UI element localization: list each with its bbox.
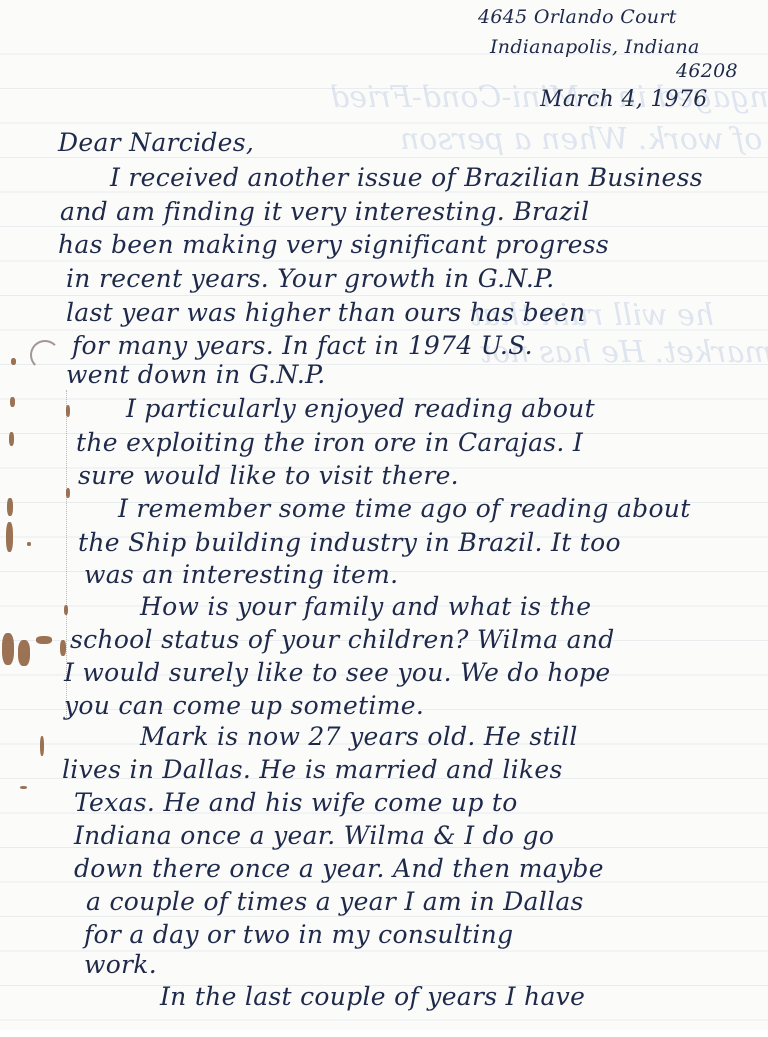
body-line: a couple of times a year I am in Dallas (86, 887, 584, 916)
salutation: Dear Narcides, (58, 128, 254, 157)
rust-stain (9, 432, 14, 446)
body-line: last year was higher than ours has been (66, 298, 586, 327)
rust-stain (64, 605, 68, 615)
rust-stain (6, 522, 13, 552)
body-line: I would surely like to see you. We do ho… (64, 658, 610, 687)
body-line: I received another issue of Brazilian Bu… (110, 163, 703, 192)
rust-stain (2, 633, 14, 665)
body-line: went down in G.N.P. (66, 360, 325, 389)
body-line: How is your family and what is the (140, 592, 591, 621)
rust-stain (36, 636, 52, 644)
body-line: down there once a year. And then maybe (74, 854, 604, 883)
body-line: you can come up sometime. (64, 691, 424, 720)
rust-stain (40, 736, 44, 756)
punch-hole (30, 340, 60, 370)
scan-edge (0, 1030, 768, 1037)
rust-stain (18, 640, 30, 666)
return-address-zip: 46208 (676, 60, 738, 82)
body-line: In the last couple of years I have (160, 982, 585, 1011)
return-address-street: 4645 Orlando Court (478, 6, 677, 28)
body-line: I particularly enjoyed reading about (126, 394, 595, 423)
rust-stain (20, 786, 27, 789)
rust-stain (60, 640, 66, 656)
body-line: has been making very significant progres… (58, 230, 609, 259)
body-line: sure would like to visit there. (78, 461, 459, 490)
return-address-city: Indianapolis, Indiana (490, 36, 700, 58)
body-line: the Ship building industry in Brazil. It… (78, 528, 621, 557)
body-line: work. (84, 950, 157, 979)
rust-stain (66, 488, 70, 498)
body-line: Mark is now 27 years old. He still (140, 722, 578, 751)
rust-stain (66, 405, 70, 417)
body-line: lives in Dallas. He is married and likes (62, 755, 563, 784)
letter-date: March 4, 1976 (540, 87, 708, 112)
body-line: Texas. He and his wife come up to (74, 788, 518, 817)
body-line: Indiana once a year. Wilma & I do go (74, 821, 554, 850)
bleed-through-line: of work. When a person (400, 122, 762, 157)
rust-stain (7, 498, 13, 516)
body-line: and am finding it very interesting. Braz… (60, 197, 589, 226)
body-line: the exploiting the iron ore in Carajas. … (76, 428, 583, 457)
body-line: for many years. In fact in 1974 U.S. (72, 331, 533, 360)
rust-stain (27, 542, 31, 546)
body-line: school status of your children? Wilma an… (70, 625, 615, 654)
letter-page: engaged in a Mini-Cond-Fried of work. Wh… (0, 0, 768, 1031)
rust-stain (11, 358, 16, 365)
body-line: was an interesting item. (84, 560, 398, 589)
rust-stain (10, 397, 15, 407)
body-line: in recent years. Your growth in G.N.P. (66, 264, 554, 293)
body-line: for a day or two in my consulting (84, 920, 513, 949)
body-line: I remember some time ago of reading abou… (118, 494, 691, 523)
